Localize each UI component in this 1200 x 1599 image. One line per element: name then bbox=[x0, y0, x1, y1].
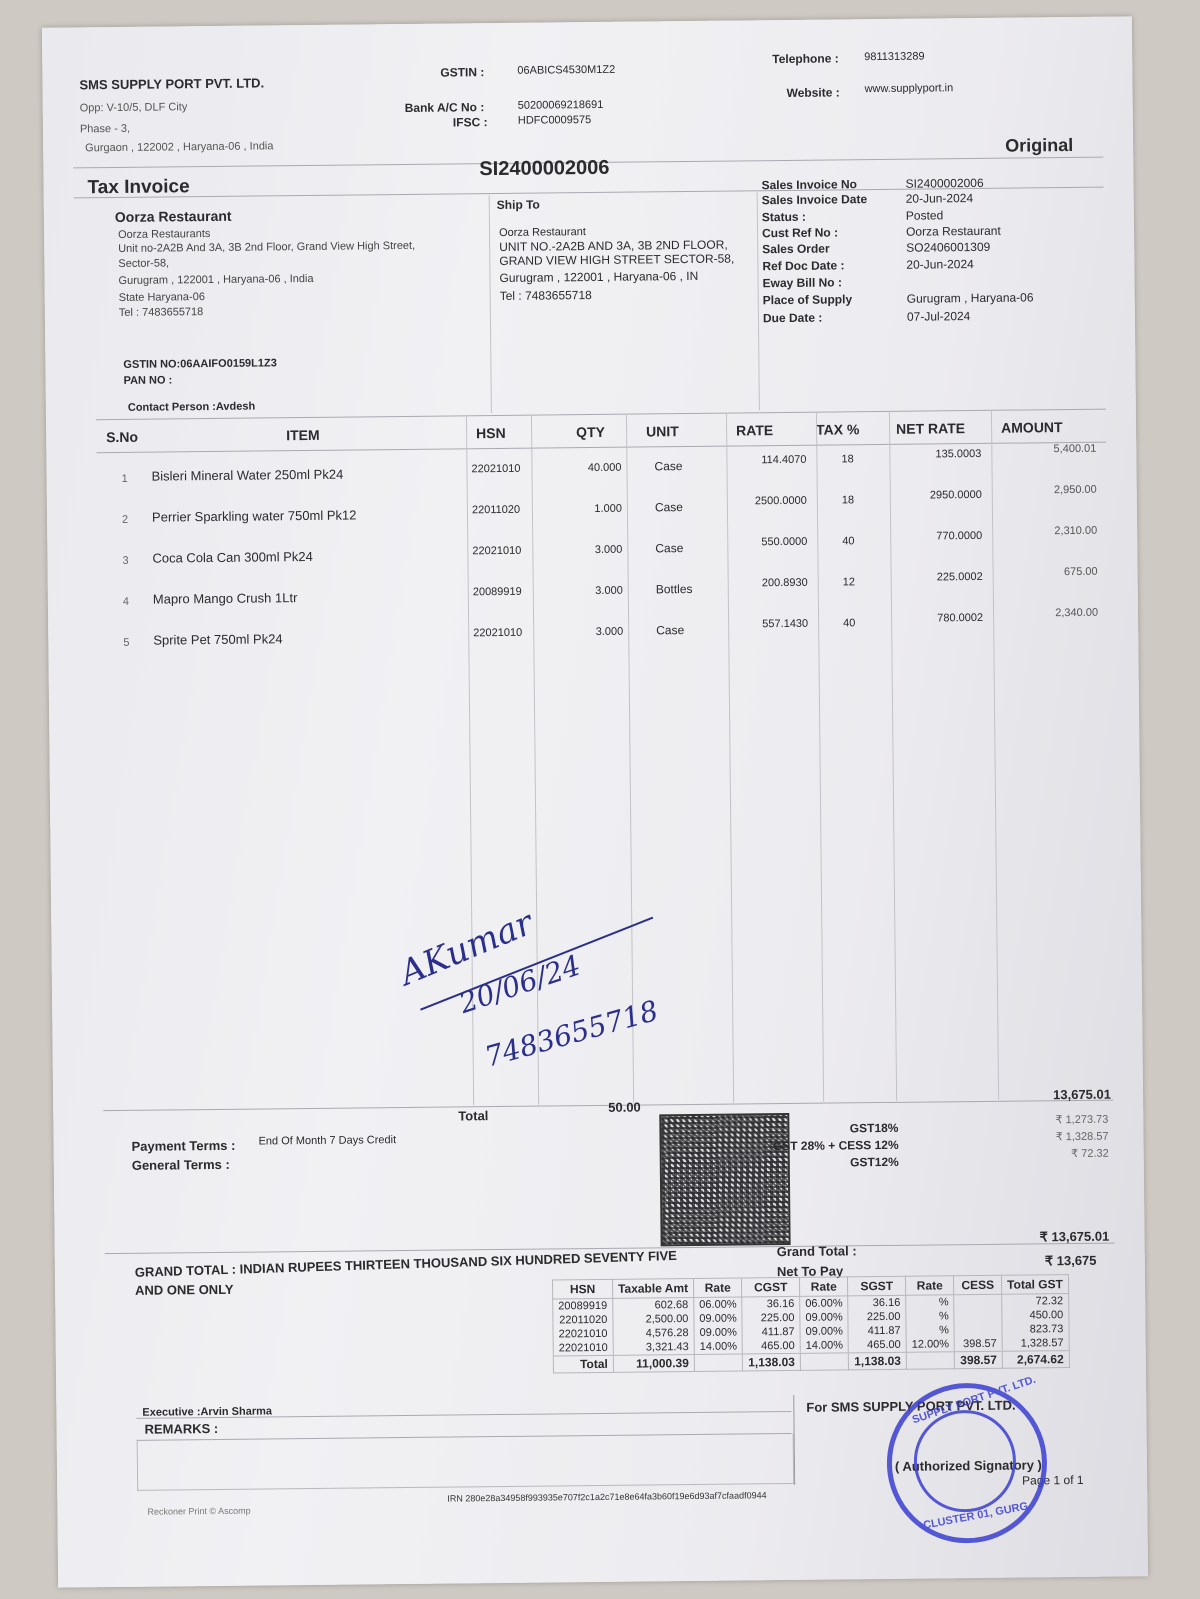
gst-column-header: Rate bbox=[906, 1276, 955, 1296]
column-header: ITEM bbox=[286, 427, 320, 443]
row-net-rate: 780.0002 bbox=[908, 612, 983, 625]
seller-telephone: 9811313289 bbox=[864, 51, 924, 64]
gst-cell bbox=[954, 1294, 1002, 1309]
gst-cell: 09.00% bbox=[694, 1311, 742, 1326]
row-unit: Case bbox=[654, 459, 682, 473]
row-amount: 2,340.00 bbox=[1028, 607, 1098, 620]
gst-cell: 09.00% bbox=[800, 1324, 848, 1339]
gst-cell: 823.73 bbox=[1002, 1322, 1069, 1337]
ship-to-line3: Gurugram , 122001 , Haryana-06 , IN bbox=[499, 269, 698, 285]
bill-to-name: Oorza Restaurant bbox=[115, 208, 232, 225]
gst-cell: 602.68 bbox=[613, 1297, 694, 1312]
row-hsn: 22021010 bbox=[473, 627, 522, 640]
ship-to-name: Oorza Restaurant bbox=[499, 226, 586, 239]
gst-cell: % bbox=[906, 1323, 954, 1338]
gst-cell: 09.00% bbox=[694, 1325, 742, 1340]
items-table-body: 1Bisleri Mineral Water 250ml Pk242202101… bbox=[42, 16, 1132, 27]
row-tax: 18 bbox=[842, 494, 854, 506]
gst-total-cell: 1,138.03 bbox=[743, 1353, 801, 1371]
gst-total-cell: Total bbox=[553, 1355, 613, 1373]
ifsc-code: HDFC0009575 bbox=[518, 114, 591, 127]
gst-column-header: Rate bbox=[800, 1277, 849, 1297]
ifsc-label: IFSC : bbox=[453, 115, 488, 129]
tax-breakup-label: GST 28% + CESS 12% bbox=[764, 1138, 899, 1153]
gst-cell: 20089919 bbox=[553, 1298, 613, 1313]
bill-to-line4: Gurugram , 122001 , Haryana-06 , India bbox=[118, 273, 313, 287]
gst-column-header: Rate bbox=[693, 1278, 742, 1298]
gst-column-header: HSN bbox=[553, 1279, 613, 1299]
row-amount: 5,400.01 bbox=[1026, 443, 1096, 456]
remarks-box bbox=[137, 1433, 794, 1491]
meta-label: Sales Invoice Date bbox=[762, 192, 868, 207]
ship-to-heading: Ship To bbox=[497, 198, 540, 212]
gst-cell: 06.00% bbox=[694, 1297, 742, 1312]
grand-total-label: Grand Total : bbox=[777, 1243, 857, 1259]
gst-cell: 12.00% bbox=[906, 1337, 954, 1352]
row-hsn: 22021010 bbox=[472, 545, 521, 558]
seller-name: SMS SUPPLY PORT PVT. LTD. bbox=[79, 75, 264, 92]
row-rate: 200.8930 bbox=[738, 577, 808, 590]
tax-breakup-value: ₹ 1,273.73 bbox=[1028, 1113, 1108, 1127]
row-unit: Case bbox=[656, 623, 684, 637]
gst-cell: 225.00 bbox=[742, 1311, 800, 1326]
column-header: HSN bbox=[476, 425, 506, 441]
row-qty: 3.000 bbox=[558, 585, 623, 598]
meta-value: 20-Jun-2024 bbox=[906, 257, 974, 272]
gst-cell: 14.00% bbox=[800, 1338, 848, 1353]
gst-cell: 36.16 bbox=[742, 1296, 800, 1311]
row-rate: 2500.0000 bbox=[737, 495, 807, 508]
gst-cell: 465.00 bbox=[848, 1338, 906, 1353]
handwritten-phone: 7483655718 bbox=[481, 994, 661, 1074]
items-total-amount: 13,675.01 bbox=[1053, 1087, 1111, 1103]
copy-type: Original bbox=[1005, 135, 1073, 157]
gst-column-header: Taxable Amt bbox=[612, 1278, 693, 1298]
bank-label: Bank A/C No : bbox=[405, 100, 485, 115]
gst-cell bbox=[954, 1323, 1002, 1337]
meta-label: Sales Order bbox=[762, 242, 830, 257]
meta-value: 20-Jun-2024 bbox=[906, 191, 974, 206]
gst-cell: % bbox=[906, 1309, 954, 1324]
gst-total-cell bbox=[800, 1353, 848, 1371]
row-unit: Bottles bbox=[656, 582, 693, 596]
gst-cell: 3,321.43 bbox=[613, 1340, 694, 1355]
gst-total-cell: 1,138.03 bbox=[849, 1352, 907, 1370]
row-item: Perrier Sparkling water 750ml Pk12 bbox=[152, 507, 357, 524]
row-rate: 557.1430 bbox=[738, 618, 808, 631]
column-header: S.No bbox=[106, 429, 138, 445]
gst-cell: 14.00% bbox=[694, 1339, 742, 1354]
row-qty: 3.000 bbox=[557, 544, 622, 557]
row-sno: 1 bbox=[122, 473, 128, 485]
row-sno: 5 bbox=[123, 637, 129, 649]
tax-breakup: GST18%₹ 1,273.73GST 28% + CESS 12%₹ 1,32… bbox=[42, 16, 1132, 27]
meta-label: Place of Supply bbox=[763, 292, 853, 307]
row-unit: Case bbox=[655, 500, 683, 514]
row-net-rate: 2950.0000 bbox=[907, 489, 982, 502]
tax-breakup-label: GST18% bbox=[763, 1121, 898, 1136]
meta-value: Oorza Restaurant bbox=[906, 224, 1001, 239]
invoice-paper: SMS SUPPLY PORT PVT. LTD. Opp: V-10/5, D… bbox=[42, 16, 1148, 1587]
row-net-rate: 135.0003 bbox=[906, 448, 981, 461]
software-credit: Reckoner Print © Ascomp bbox=[147, 1506, 250, 1517]
meta-value: Gurugram , Haryana-06 bbox=[907, 290, 1034, 305]
row-tax: 12 bbox=[843, 576, 855, 588]
meta-label: Due Date : bbox=[763, 311, 822, 326]
payment-terms-value: End Of Month 7 Days Credit bbox=[258, 1134, 396, 1147]
gst-cell: 225.00 bbox=[848, 1310, 906, 1325]
gst-column-header: CGST bbox=[742, 1277, 800, 1297]
website-label: Website : bbox=[787, 85, 840, 100]
gst-cell: 411.87 bbox=[848, 1324, 906, 1339]
bill-to-line2: Unit no-2A2B And 3A, 3B 2nd Floor, Grand… bbox=[118, 240, 415, 255]
seller-address-2: Phase - 3, bbox=[80, 123, 130, 136]
meta-value: SO2406001309 bbox=[906, 240, 990, 255]
gst-cell: 09.00% bbox=[800, 1310, 848, 1325]
gst-cell: 22011020 bbox=[553, 1313, 613, 1328]
items-total-label: Total bbox=[458, 1108, 488, 1123]
divider bbox=[793, 1395, 795, 1485]
row-sno: 3 bbox=[122, 555, 128, 567]
company-stamp: SUPPLY PORT PVT. LTD. CLUSTER 01, GURG bbox=[886, 1382, 1048, 1544]
gst-cell: 2,500.00 bbox=[613, 1312, 694, 1327]
row-unit: Case bbox=[655, 541, 683, 555]
general-terms-label: General Terms : bbox=[132, 1157, 230, 1173]
column-header: QTY bbox=[576, 424, 605, 440]
column-header: RATE bbox=[736, 422, 773, 438]
bill-to-pan: PAN NO : bbox=[124, 374, 173, 387]
ship-to-line2: GRAND VIEW HIGH STREET SECTOR-58, bbox=[499, 252, 734, 268]
items-total-qty: 50.00 bbox=[608, 1100, 641, 1115]
tax-breakup-value: ₹ 72.32 bbox=[1029, 1147, 1109, 1161]
gst-cell: 4,576.28 bbox=[613, 1326, 694, 1341]
row-amount: 2,310.00 bbox=[1027, 525, 1097, 538]
gstin-label: GSTIN : bbox=[440, 65, 484, 79]
row-tax: 18 bbox=[841, 453, 853, 465]
bill-to-gstin: GSTIN NO:06AAIFO0159L1Z3 bbox=[123, 357, 277, 371]
remarks-label: REMARKS : bbox=[144, 1421, 218, 1437]
row-hsn: 22011020 bbox=[472, 504, 520, 517]
irn-number: IRN 280e28a34958f993935e707f2c1a2c71e8e6… bbox=[447, 1490, 766, 1503]
tax-breakup-label: GST12% bbox=[764, 1155, 899, 1170]
gst-total-cell: 2,674.62 bbox=[1002, 1351, 1069, 1369]
row-sno: 2 bbox=[122, 514, 128, 526]
net-to-pay-value: ₹ 13,675 bbox=[1045, 1253, 1097, 1270]
gst-cell bbox=[954, 1309, 1002, 1323]
gst-cell: 1,328.57 bbox=[1002, 1336, 1069, 1351]
bill-to-line3: Sector-58, bbox=[118, 257, 169, 270]
row-qty: 1.000 bbox=[557, 503, 622, 516]
meta-label: Ref Doc Date : bbox=[762, 258, 844, 273]
column-header: UNIT bbox=[646, 423, 679, 439]
row-net-rate: 225.0002 bbox=[908, 571, 983, 584]
row-qty: 40.000 bbox=[556, 462, 621, 475]
row-hsn: 22021010 bbox=[471, 463, 520, 476]
seller-gstin: 06ABICS4530M1Z2 bbox=[517, 64, 615, 77]
gst-total-cell bbox=[906, 1352, 954, 1370]
bank-account: 50200069218691 bbox=[518, 99, 604, 112]
gst-cell: 398.57 bbox=[954, 1337, 1002, 1352]
meta-label: Status : bbox=[762, 210, 806, 224]
gst-column-header: Total GST bbox=[1002, 1275, 1069, 1295]
gst-cell: 411.87 bbox=[742, 1325, 800, 1340]
column-header: AMOUNT bbox=[1001, 419, 1063, 436]
divider bbox=[489, 195, 492, 413]
items-table-columns bbox=[42, 16, 1132, 27]
row-amount: 2,950.00 bbox=[1027, 484, 1097, 497]
meta-value: Posted bbox=[906, 208, 944, 222]
meta-label: Eway Bill No : bbox=[763, 275, 843, 290]
divider bbox=[757, 192, 760, 410]
meta-value: SI2400002006 bbox=[905, 176, 983, 191]
gst-cell: 06.00% bbox=[800, 1296, 848, 1311]
row-qty: 3.000 bbox=[558, 626, 623, 639]
grand-total-value: ₹ 13,675.01 bbox=[1039, 1229, 1109, 1246]
gst-cell: 22021010 bbox=[553, 1341, 613, 1356]
row-rate: 550.0000 bbox=[737, 536, 807, 549]
column-header: NET RATE bbox=[896, 420, 965, 437]
gst-cell: 465.00 bbox=[742, 1339, 800, 1354]
bill-to-line1: Oorza Restaurants bbox=[118, 228, 210, 241]
row-tax: 40 bbox=[842, 535, 854, 547]
row-item: Coca Cola Can 300ml Pk24 bbox=[152, 549, 313, 566]
meta-label: Sales Invoice No bbox=[761, 177, 857, 192]
gst-total-cell: 398.57 bbox=[955, 1351, 1003, 1368]
bill-to-state: State Haryana-06 bbox=[119, 291, 205, 304]
invoice-meta: Sales Invoice NoSI2400002006Sales Invoic… bbox=[42, 16, 1132, 27]
seller-address-1: Opp: V-10/5, DLF City bbox=[80, 101, 188, 114]
seller-address-3: Gurgaon , 122002 , Haryana-06 , India bbox=[85, 140, 273, 154]
row-sno: 4 bbox=[123, 596, 129, 608]
row-hsn: 20089919 bbox=[473, 586, 522, 599]
contact-person: Contact Person :Avdesh bbox=[128, 401, 255, 414]
row-net-rate: 770.0000 bbox=[907, 530, 982, 543]
grand-total-words-line2: AND ONE ONLY bbox=[135, 1282, 234, 1298]
payment-terms-label: Payment Terms : bbox=[132, 1138, 236, 1154]
gst-summary-table: HSNTaxable AmtRateCGSTRateSGSTRateCESSTo… bbox=[552, 1274, 1070, 1373]
stamp-inner-ring bbox=[913, 1410, 1016, 1513]
gst-cell: 36.16 bbox=[848, 1295, 906, 1310]
invoice-number-heading: SI2400002006 bbox=[479, 157, 609, 181]
row-item: Mapro Mango Crush 1Ltr bbox=[153, 590, 298, 607]
gst-cell: 72.32 bbox=[1002, 1294, 1069, 1309]
row-item: Sprite Pet 750ml Pk24 bbox=[153, 631, 283, 647]
ship-to-tel: Tel : 7483655718 bbox=[500, 288, 592, 303]
seller-website[interactable]: www.supplyport.in bbox=[864, 82, 953, 95]
gst-cell: % bbox=[906, 1295, 954, 1310]
column-header: TAX % bbox=[816, 421, 859, 437]
gst-column-header: SGST bbox=[848, 1276, 906, 1296]
tax-breakup-value: ₹ 1,328.57 bbox=[1028, 1130, 1108, 1144]
row-item: Bisleri Mineral Water 250ml Pk24 bbox=[151, 467, 343, 484]
meta-value: 07-Jul-2024 bbox=[907, 309, 971, 324]
gst-cell: 22021010 bbox=[553, 1327, 613, 1342]
items-table-header: S.NoITEMHSNQTYUNITRATETAX %NET RATEAMOUN… bbox=[42, 16, 1132, 27]
row-rate: 114.4070 bbox=[736, 454, 806, 467]
telephone-label: Telephone : bbox=[772, 51, 839, 66]
row-amount: 675.00 bbox=[1028, 566, 1098, 579]
meta-label: Cust Ref No : bbox=[762, 225, 838, 240]
gst-column-header: CESS bbox=[954, 1275, 1002, 1294]
gst-total-cell bbox=[694, 1354, 742, 1372]
table-row: 5Sprite Pet 750ml Pk24220210103.000Case5… bbox=[48, 619, 1108, 660]
gst-total-cell: 11,000.39 bbox=[613, 1354, 694, 1372]
bill-to-tel: Tel : 7483655718 bbox=[119, 306, 204, 319]
row-tax: 40 bbox=[843, 617, 855, 629]
gst-cell: 450.00 bbox=[1002, 1308, 1069, 1323]
